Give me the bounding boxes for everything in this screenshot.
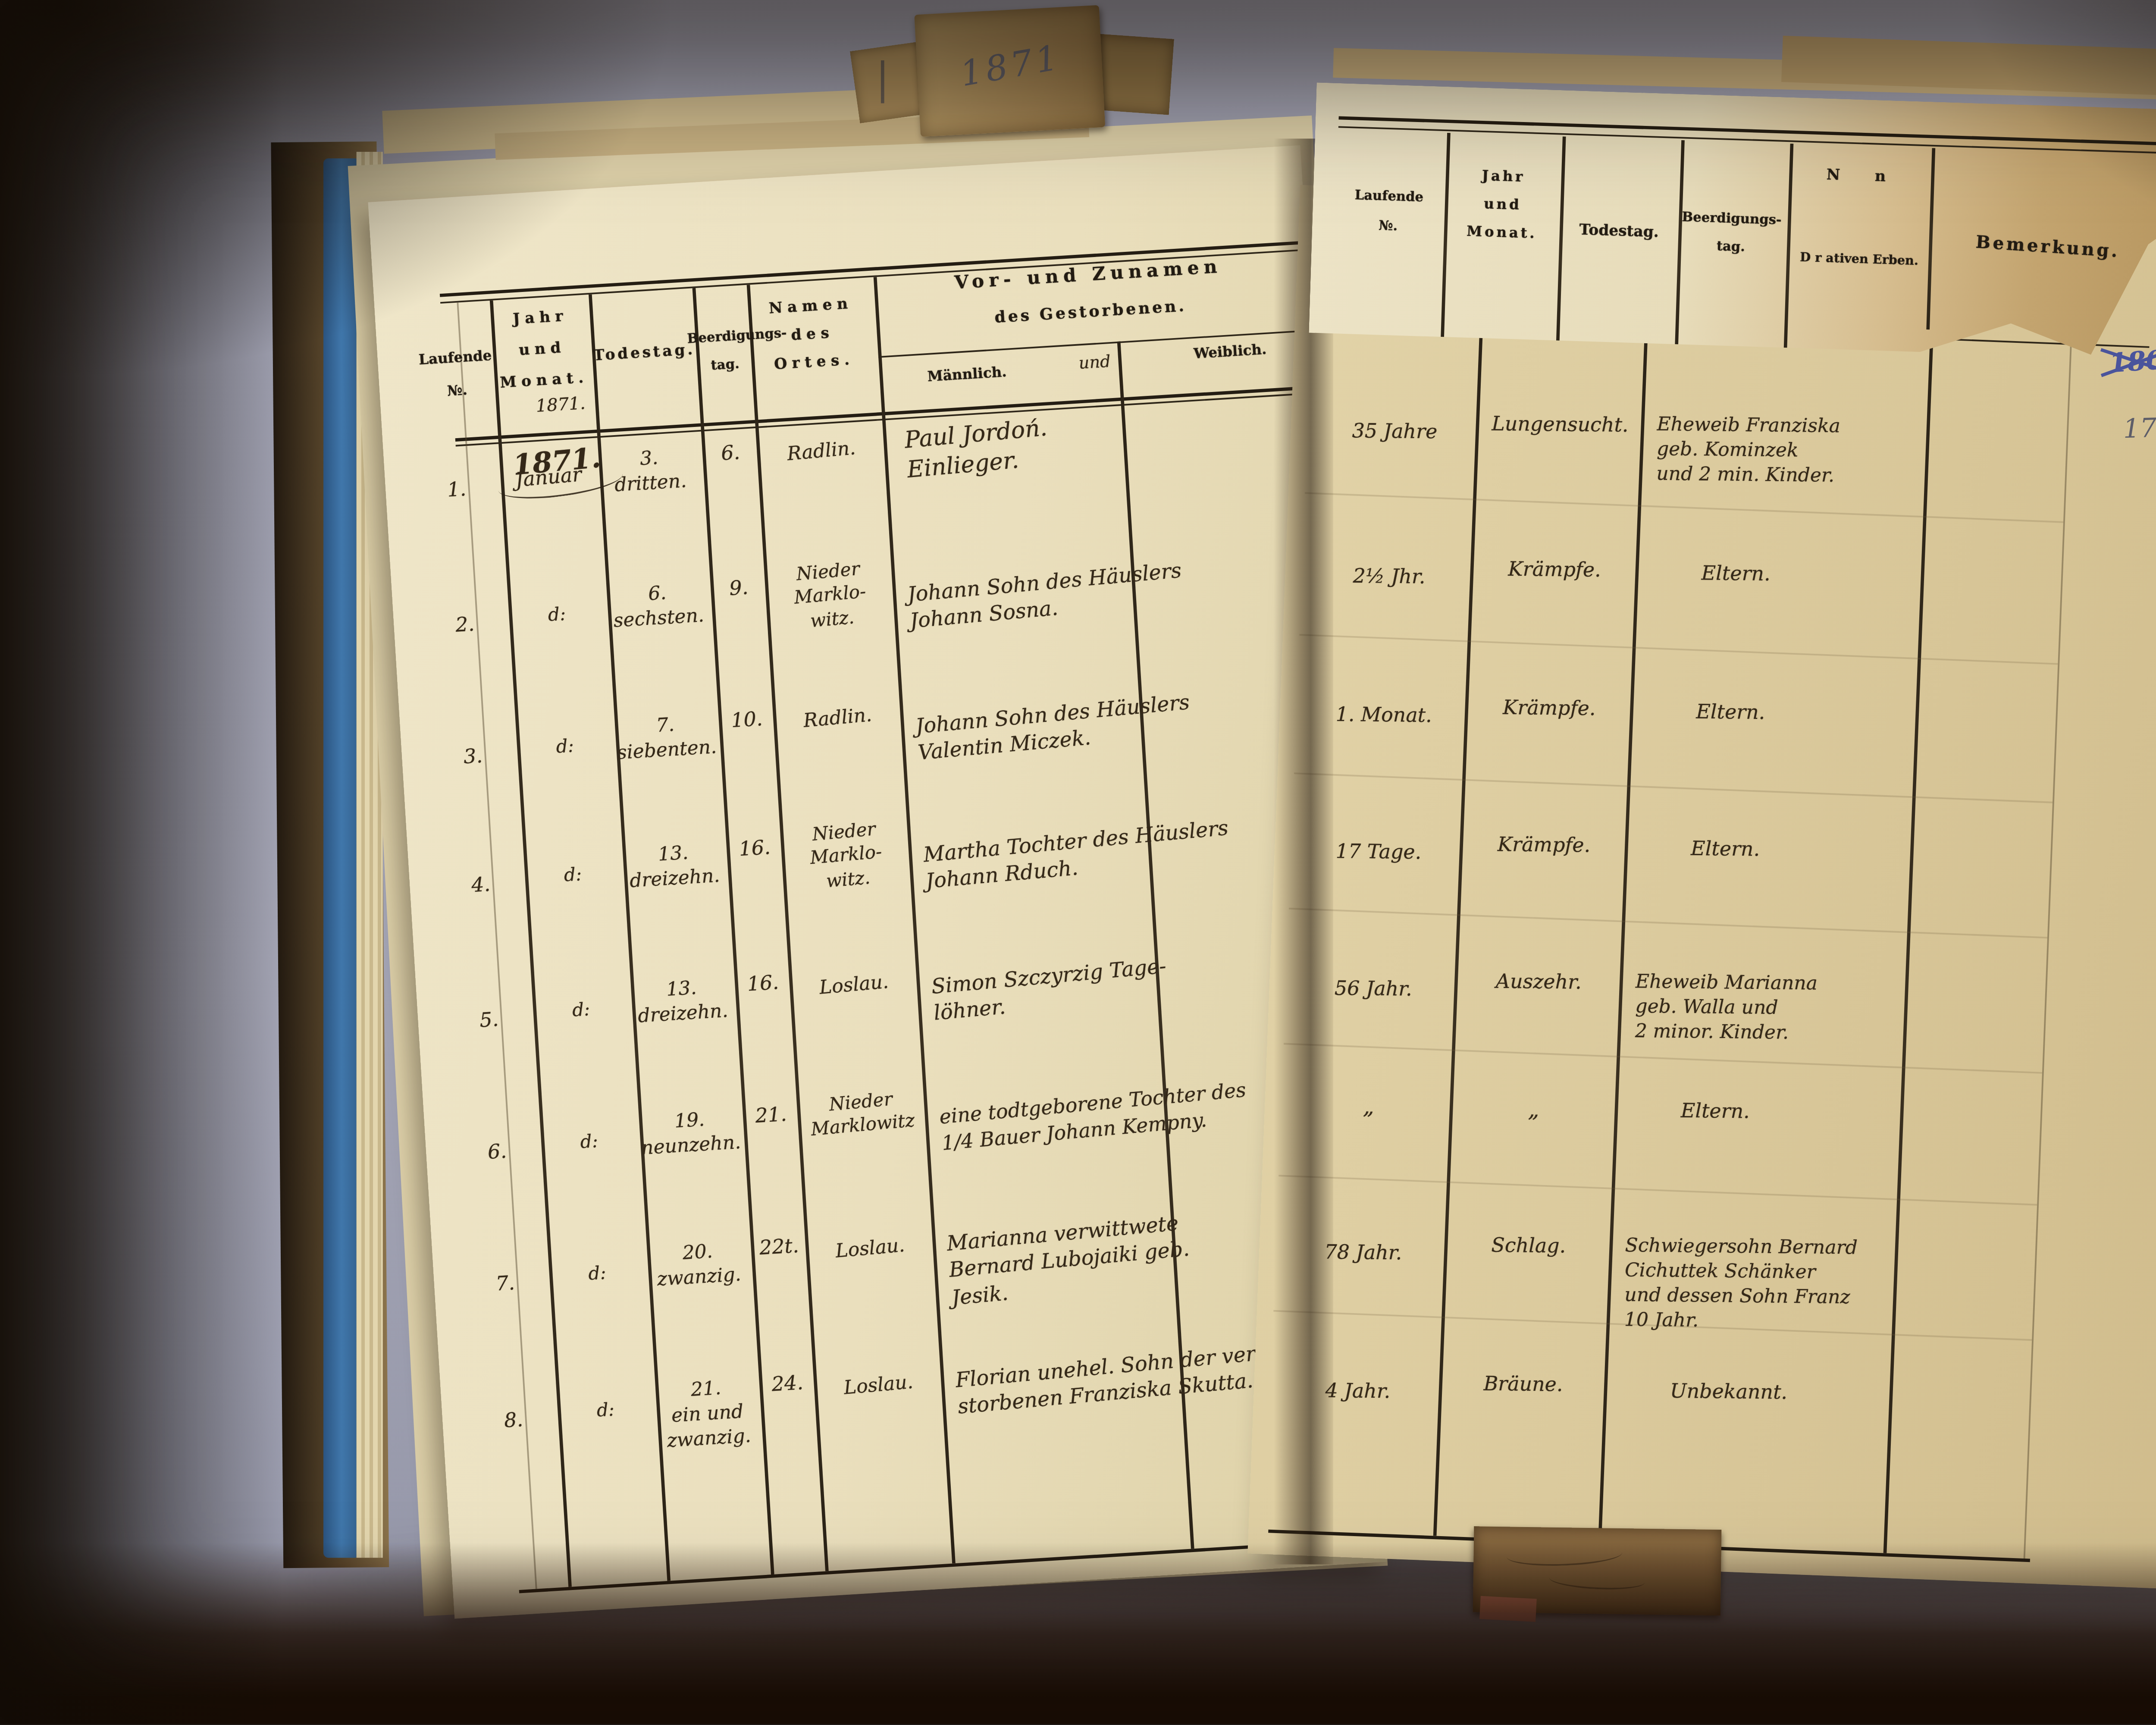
entry-no: 5. [464,1007,514,1036]
entry-heirs: Eltern. [1701,561,2031,591]
entry-death-day: 6. sechsten. [605,578,711,634]
entry-heirs: Eheweib Marianna geb. Walla und 2 minor.… [1635,969,2031,1048]
photo-of-register-book: Laufende №. Jahr und Monat. 1871. Todest… [0,0,2156,1725]
written-year-in-header: 1871. [519,393,602,420]
entry-place: Loslau. [786,967,923,1004]
register-right-page: 180 172 35 Jahre Lungensucht. Eheweib Fr… [1247,185,2156,1589]
entry-cause: Lungensucht. [1482,412,1638,439]
entry-place: Nieder Marklowitz [793,1085,931,1145]
entry-burial-day: 22t. [749,1233,809,1263]
entry-cause: Krämpfe. [1466,832,1621,859]
entry-place: Nieder Marklo- witz. [776,815,917,897]
entry-heirs: Unbekannt. [1670,1380,2000,1409]
guide-line [1299,634,2058,665]
entry-place: Loslau. [810,1367,947,1404]
column-rule [1883,341,1933,1553]
entry-heirs: Eheweib Franziska geb. Kominzek und 2 mi… [1656,412,2053,490]
column-header-remark: Bemerkung. [1952,231,2144,263]
entry-month: d: [533,997,630,1026]
entry-month: d: [549,1260,646,1289]
column-header-year-month: Jahr und Monat. [1447,163,1559,250]
column-header-heirs-fragment: D r ativen Erben. [1790,249,1929,269]
entry-burial-day: 10. [717,706,777,736]
entry-month: d: [508,601,605,630]
entry-death-day: 3. dritten. [596,443,703,499]
column-header-place-name: Namen des Ortes. [744,290,881,383]
entry-month: d: [557,1397,654,1426]
entry-age: 2½ Jhr. [1315,564,1463,591]
entry-month: d: [524,861,621,891]
entry-death-day: 7. siebenten. [613,710,720,765]
guide-line [1294,772,2053,803]
column-header-names-subtitle: des Gestorbenen. [942,295,1239,331]
entry-name: Johann Sohn des Häuslers Valentin Miczek… [915,676,1337,767]
scene: Laufende №. Jahr und Monat. 1871. Todest… [0,0,2156,1725]
guide-line [1289,908,2047,938]
entry-no: 1. [431,477,482,505]
entry-month: d: [541,1128,638,1157]
entry-cause: Bräune. [1445,1372,1601,1399]
entry-burial-day: 21. [741,1102,802,1131]
pink-paper-fragment [1479,1596,1537,1622]
guide-line [1284,1043,2042,1073]
column-header-death-day: Todestag. [1563,223,1675,242]
entry-cause: Krämpfe. [1477,557,1632,584]
entry-burial-day: 24. [757,1370,818,1399]
entry-cause: Schlag. [1451,1233,1606,1261]
entry-death-day: 13. dreizehn. [620,838,727,894]
entry-heirs: Eltern. [1691,837,2021,866]
entry-no: 2. [439,612,490,640]
entry-heirs: Schwiegersohn Bernard Cichuttek Schänker… [1624,1233,2021,1336]
faint-writing-mark [1506,1542,1623,1568]
entry-heirs: Eltern. [1696,700,2026,729]
entry-no: 3. [448,743,498,772]
column-rule [1598,330,1647,1543]
page-number: 172 [2123,411,2156,444]
entry-death-day: 19. neunzehn. [637,1105,744,1161]
entry-no: 4. [455,872,506,900]
entry-cause-ditto: „ [1456,1096,1612,1129]
entry-age: 35 Jahre [1320,419,1469,446]
page-number-crossed-out: 180 [2108,344,2156,379]
book-gutter-shadow [1274,138,1333,1564]
entry-heirs: Eltern. [1681,1099,2011,1129]
column-rule [1433,324,1482,1536]
entry-month: d: [517,733,614,762]
written-word-und: und [1078,352,1111,375]
entry-burial-day: 9. [708,574,769,604]
entry-no: 6. [472,1138,523,1167]
register-left-page: Laufende №. Jahr und Monat. 1871. Todest… [368,145,1387,1619]
entry-cause: Auszehr. [1461,969,1616,997]
entry-place: Loslau. [802,1230,939,1267]
loose-header-sheet: Laufende №. Jahr und Monat. Todestag. Be… [1309,82,2156,371]
entry-no: 8. [488,1407,539,1436]
entry-death-day: 20. zwanzig. [645,1237,752,1292]
entry-place: Radlin. [769,700,906,737]
faint-writing-mark [1549,1568,1645,1591]
blue-cover-edge [323,158,360,1558]
entry-place: Nieder Marklo- witz. [760,555,901,637]
column-header-year-month: Jahr und Monat. [490,301,595,400]
column-rule [2024,347,2072,1559]
column-header-male: Männlich. [904,364,1031,388]
guide-line [1305,492,2063,523]
entry-death-day: 21. ein und zwanzig. [653,1374,761,1454]
entry-place: Radlin. [753,433,890,470]
column-header-death-day: Todestag. [592,342,697,365]
year-tab: 1871 [914,5,1105,137]
entry-cause: Krämpfe. [1472,696,1627,723]
year-tab-label: 1871 [957,38,1064,94]
entry-death-day: 13. dreizehn. [629,973,736,1029]
column-header-heirs-fragment: N n [1799,167,1928,188]
entry-burial-day: 16. [733,970,793,999]
column-rule [1784,144,1793,348]
guide-line [1279,1175,2037,1205]
entry-burial-day: 16. [724,835,785,864]
column-header-names-title: Vor- und Zunamen [890,252,1287,298]
entry-burial-day: 6. [700,439,761,469]
entry-no: 7. [480,1270,531,1299]
pencil-stroke [881,60,884,103]
column-header-running-number: Laufende №. [1335,179,1442,243]
column-header-burial-day: Beerdigungs- tag. [1678,203,1785,261]
entry-name: Johann Sohn des Häuslers Johann Sosna. [906,545,1329,635]
